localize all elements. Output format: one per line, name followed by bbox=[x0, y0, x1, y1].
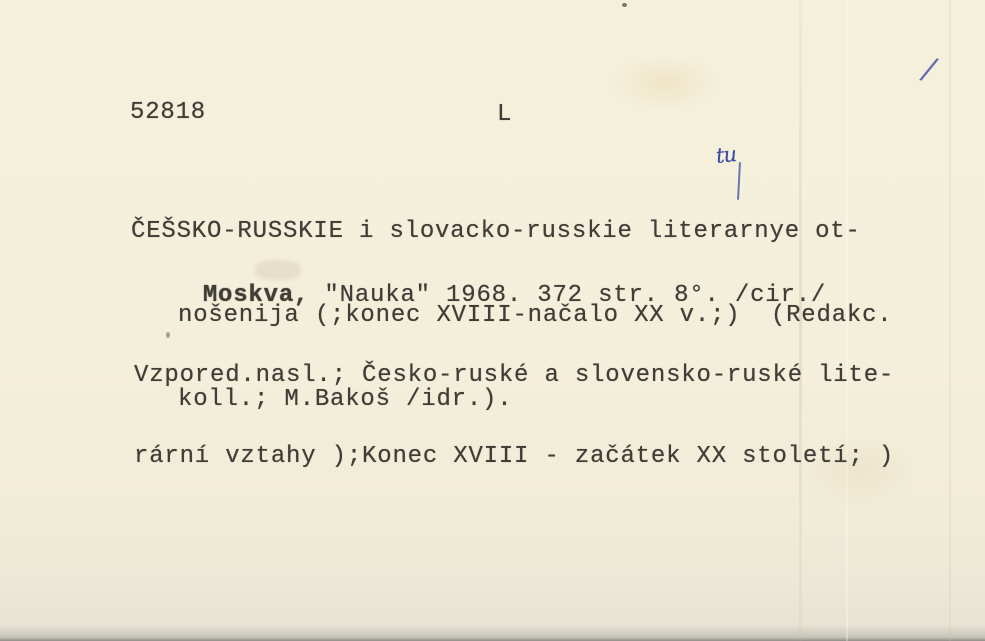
parallel-title-block: Vzpored.nasl.; Česko-ruské a slovensko-r… bbox=[134, 308, 894, 524]
parallel-line-2: rární vztahy );Konec XVIII - začátek XX … bbox=[134, 443, 894, 470]
imprint-details: "Nauka" 1968. 372 str. 8°. /cir./ bbox=[309, 282, 826, 309]
publisher-place: Moskva, bbox=[203, 282, 309, 309]
corner-ink-mark: / bbox=[920, 51, 937, 87]
heading-letter: L bbox=[497, 101, 512, 129]
handwritten-insertion: tu bbox=[715, 142, 737, 168]
paper-stain bbox=[610, 55, 720, 110]
title-line-1: ČEŠSKO-RUSSKIE i slovacko-russkie litera… bbox=[131, 218, 893, 246]
catalog-card: 52818 L ČEŠSKO-RUSSKIE i slovacko-russki… bbox=[0, 0, 985, 641]
ink-speck bbox=[622, 3, 627, 7]
card-number: 52818 bbox=[130, 99, 206, 127]
parallel-line-1: Vzpored.nasl.; Česko-ruské a slovensko-r… bbox=[134, 362, 894, 389]
paper-streak-faint bbox=[949, 0, 951, 641]
